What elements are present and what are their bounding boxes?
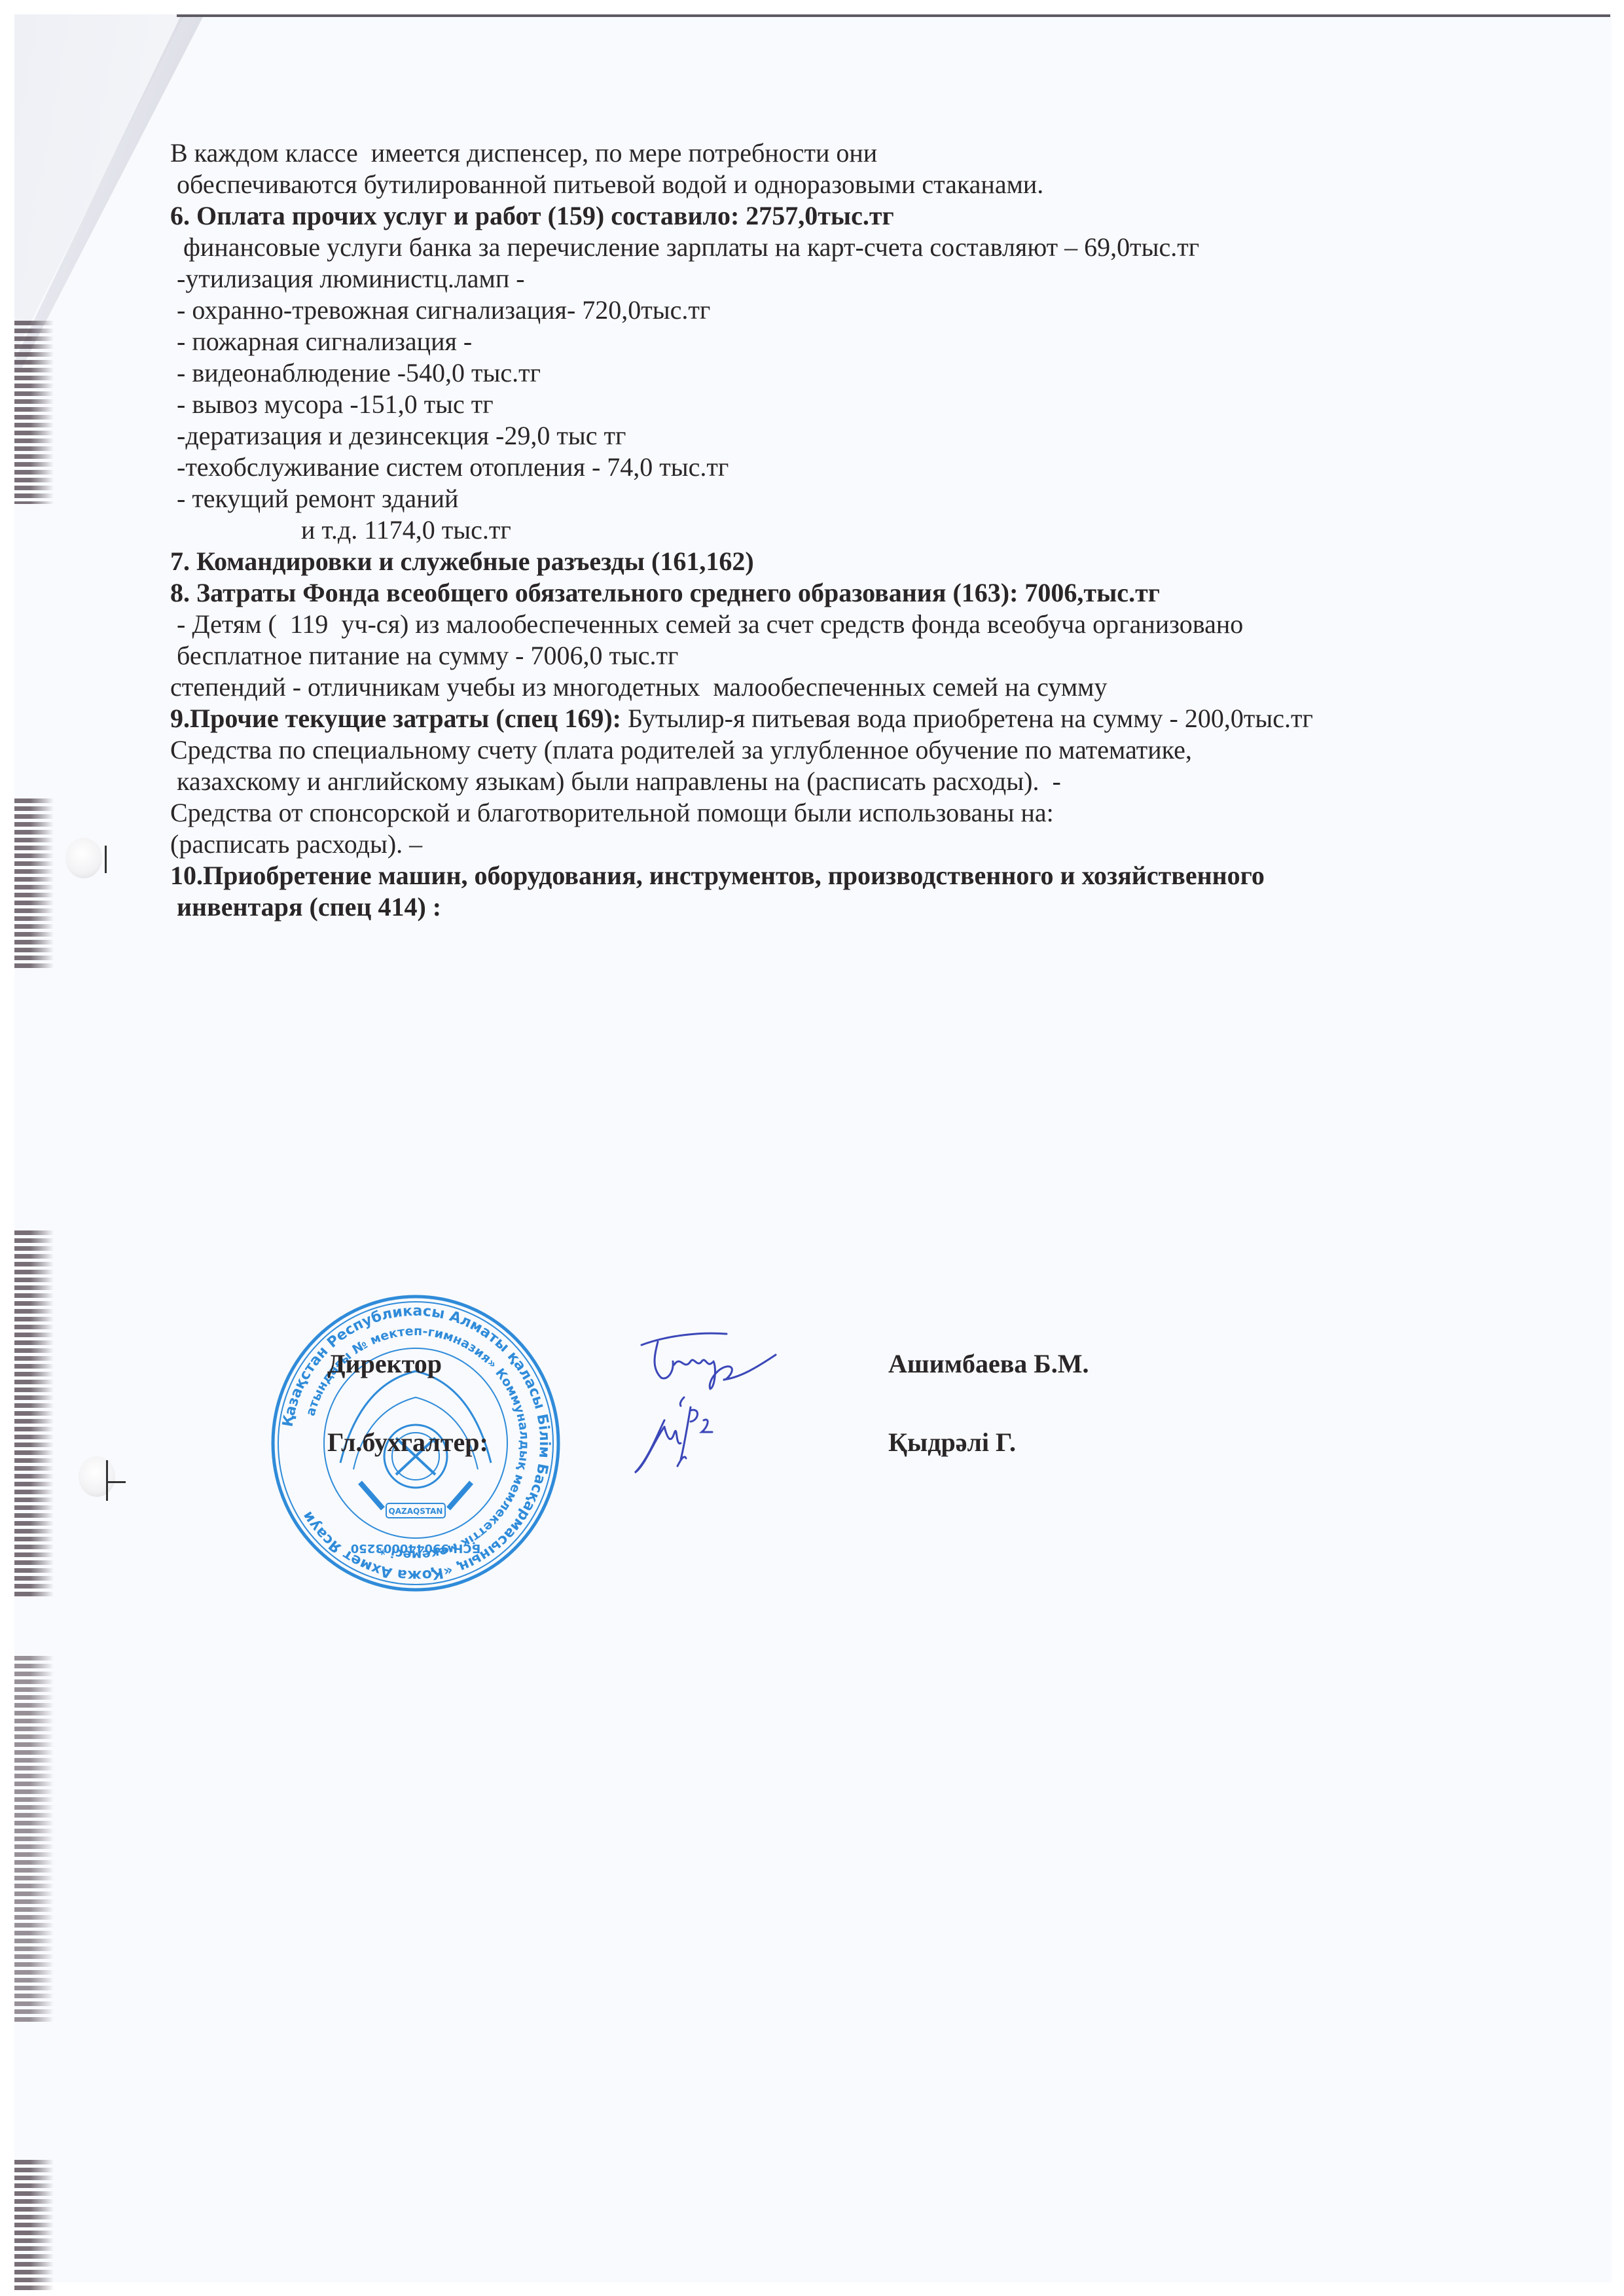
accountant-label: Гл.бухгалтер: — [327, 1427, 488, 1458]
text-line: - вывоз мусора -151,0 тыс тг — [170, 389, 494, 420]
text-line: -техобслуживание систем отопления - 74,0… — [170, 452, 729, 483]
binding-noise — [14, 321, 54, 504]
text-line: В каждом классе имеется диспенсер, по ме… — [170, 137, 877, 169]
text-line: казахскому и английскому языкам) были на… — [170, 766, 1061, 797]
punch-hole — [65, 838, 102, 878]
text-line: -дератизация и дезинсекция -29,0 тыс тг — [170, 420, 626, 452]
binding-noise — [14, 798, 54, 969]
section-heading-8: 8. Затраты Фонда всеобщего обязательного… — [170, 577, 1160, 609]
text-line: -утилизация люминистц.ламп - — [170, 263, 525, 295]
section-heading-9-bold: 9.Прочие текущие затраты (спец 169): — [170, 704, 628, 733]
section-heading-7: 7. Командировки и служебные разъезды (16… — [170, 546, 754, 577]
binding-noise — [14, 1656, 54, 2022]
text-line: обеспечиваются бутилированной питьевой в… — [170, 169, 1043, 200]
text-line: - текущий ремонт зданий — [170, 483, 458, 514]
text-line: степендий - отличникам учебы из многодет… — [170, 672, 1107, 703]
binding-noise — [14, 2160, 54, 2291]
text-line: - видеонаблюдение -540,0 тыс.тг — [170, 357, 541, 389]
section-heading-6: 6. Оплата прочих услуг и работ (159) сос… — [170, 200, 894, 232]
text-line: финансовые услуги банка за перечисление … — [170, 232, 1199, 263]
hole-mark — [105, 846, 107, 873]
stamp-emblem-caption: QAZAQSTAN — [389, 1507, 443, 1516]
text-line: - охранно-тревожная сигнализация- 720,0т… — [170, 295, 710, 326]
section-heading-10-cont: инвентаря (спец 414) : — [170, 891, 441, 923]
hole-mark — [106, 1481, 126, 1483]
text-line: (расписать расходы). – — [170, 829, 422, 860]
text-line: Средства от спонсорской и благотворитель… — [170, 797, 1054, 829]
hole-mark — [106, 1460, 108, 1501]
text-line: - пожарная сигнализация - — [170, 326, 472, 357]
text-line: и т.д. 1174,0 тыс.тг — [170, 514, 511, 546]
text-line: - Детям ( 119 уч-ся) из малообеспеченных… — [170, 609, 1243, 640]
director-label: Директор — [327, 1348, 442, 1379]
punch-hole — [79, 1456, 115, 1497]
section-heading-10: 10.Приобретение машин, оборудования, инс… — [170, 860, 1265, 891]
text-line: Средства по специальному счету (плата ро… — [170, 734, 1192, 766]
binding-noise — [14, 1230, 54, 1597]
accountant-name: Қыдрәлі Г. — [888, 1427, 1016, 1458]
section-heading-9-rest: Бутылир-я питьевая вода приобретена на с… — [628, 704, 1313, 733]
text-line: бесплатное питание на сумму - 7006,0 тыс… — [170, 640, 678, 672]
stamp-bin: БСН 990440003250 — [351, 1541, 481, 1555]
page-top-shadow — [177, 14, 1610, 17]
accountant-signature — [628, 1381, 759, 1486]
director-name: Ашимбаева Б.М. — [888, 1348, 1089, 1379]
section-heading-9: 9.Прочие текущие затраты (спец 169): Бут… — [170, 703, 1313, 734]
